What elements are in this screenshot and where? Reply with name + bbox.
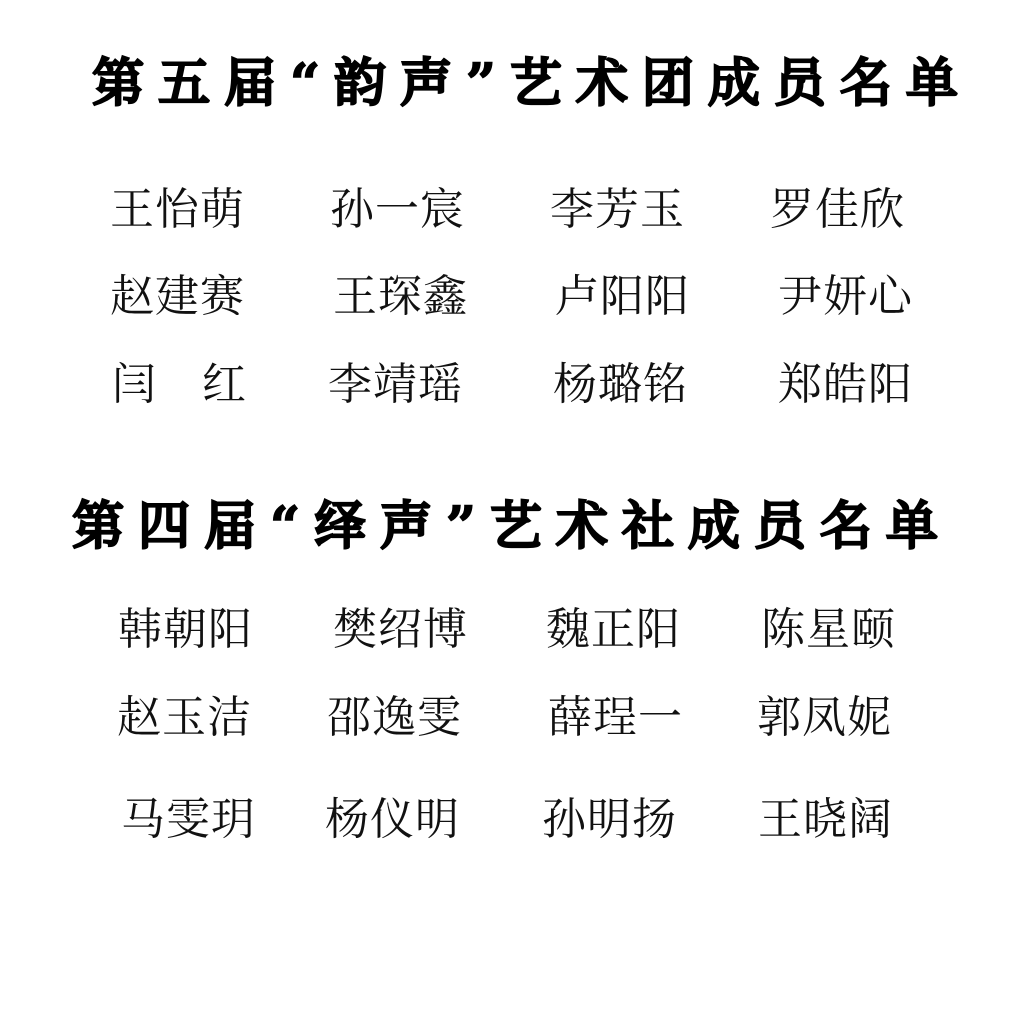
member-name: 罗佳欣: [770, 185, 905, 235]
member-name: 邵逸雯: [327, 693, 462, 743]
member-name: 杨仪明: [325, 795, 460, 845]
member-name: 王怡萌: [110, 185, 245, 235]
member-name: 赵玉洁: [117, 693, 252, 743]
member-name: 王琛鑫: [333, 272, 468, 322]
section-2-title: 第四届“绎声”艺术社成员名单: [0, 497, 1024, 557]
member-name: 王晓阔: [758, 795, 893, 845]
member-name: 杨璐铭: [553, 360, 688, 410]
member-name: 郑皓阳: [778, 360, 913, 410]
member-name: 樊绍博: [333, 605, 468, 655]
member-name: 李靖瑶: [328, 360, 463, 410]
member-name: 马雯玥: [121, 795, 256, 845]
member-name: 李芳玉: [550, 185, 685, 235]
member-name: 卢阳阳: [555, 272, 690, 322]
member-name: 孙一宸: [330, 185, 465, 235]
member-name: 郭凤妮: [757, 693, 892, 743]
member-name: 魏正阳: [546, 605, 681, 655]
member-name: 闫 红: [112, 360, 247, 410]
member-name: 尹妍心: [778, 272, 913, 322]
member-name: 薛珵一: [548, 693, 683, 743]
member-name: 韩朝阳: [118, 605, 253, 655]
section-1-title: 第五届“韵声”艺术团成员名单: [0, 54, 1024, 114]
member-name: 孙明扬: [542, 795, 677, 845]
member-name: 赵建赛: [110, 272, 245, 322]
member-name: 陈星颐: [761, 605, 896, 655]
